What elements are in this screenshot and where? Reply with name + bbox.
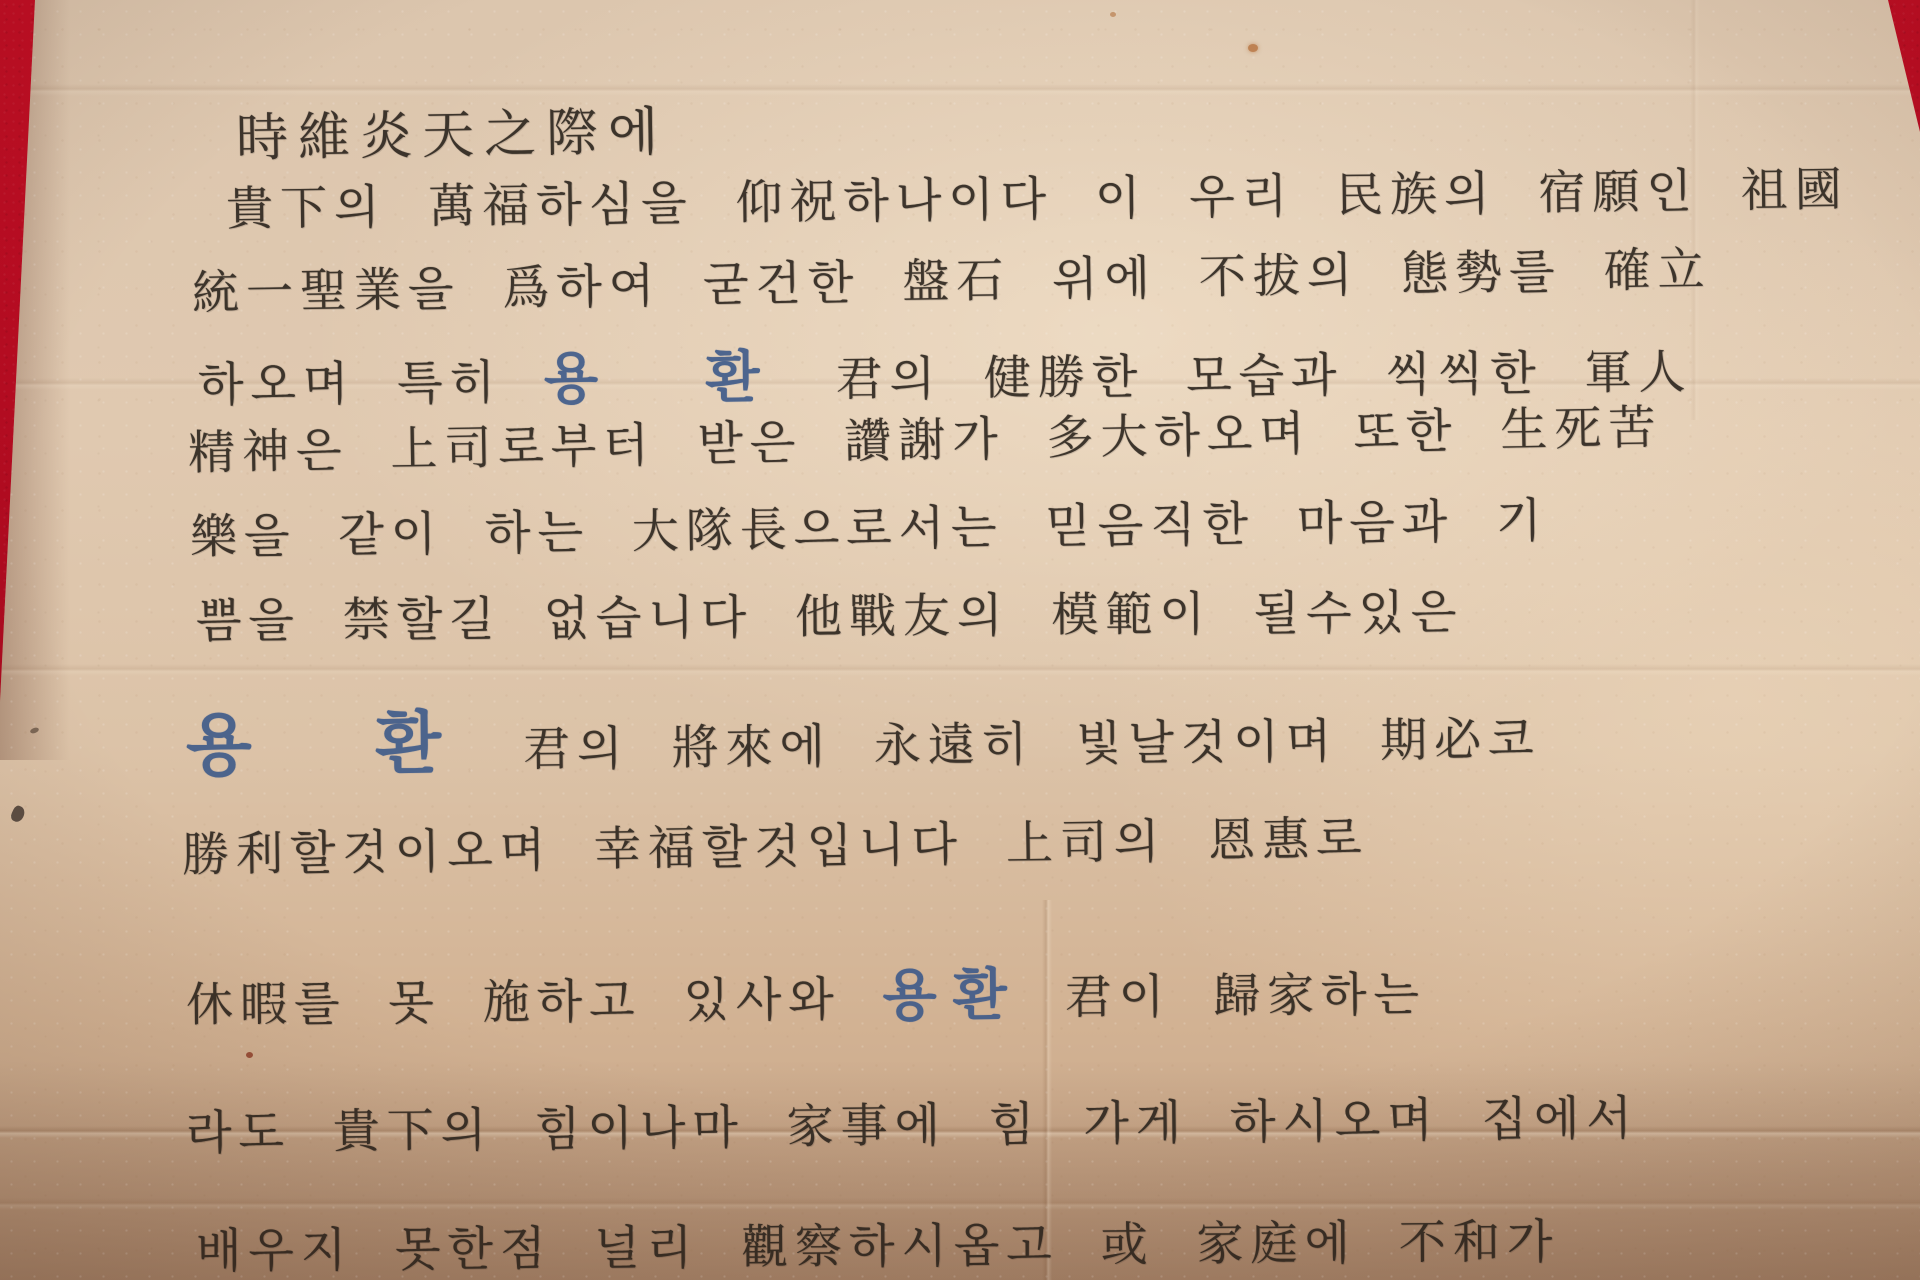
letter-line-segment: 樂을 같이 하는 大隊長으로서는 믿음직한 마음과 기 <box>190 493 1549 565</box>
letter-line-segment: 時維炎天之際에 <box>236 102 669 169</box>
letter-line-segment: 라도 貴下의 힘이나마 家事에 힘 가게 하시오며 집에서 <box>186 1091 1639 1161</box>
photo-of-letter: 時維炎天之際에貴下의 萬福하심을 仰祝하나이다 이 우리 民族의 宿願인 祖國統… <box>0 0 1920 1280</box>
letter-line: 라도 貴下의 힘이나마 家事에 힘 가게 하시오며 집에서 <box>186 1081 1639 1163</box>
letter-line: 統一聖業을 爲하여 굳건한 盤石 위에 不拔의 態勢를 確立 <box>191 232 1711 323</box>
letter-line-segment: 精神은 上司로부터 받은 讚謝가 多大하오며 또한 生死苦 <box>188 400 1663 481</box>
name-annotation-blue-ink: 용 환 <box>186 704 482 786</box>
letter-line: 배우지 못한점 널리 觀察하시옵고 或 家庭에 不和가 <box>196 1204 1560 1280</box>
letter-line-segment: 배우지 못한점 널리 觀察하시옵고 或 家庭에 不和가 <box>196 1214 1560 1279</box>
letter-line-segment: 쁨을 禁할길 없습니다 他戰友의 模範이 될수있은 <box>196 585 1464 649</box>
letter-line: 時維炎天之際에 <box>235 89 668 171</box>
letter-line-segment: 休暇를 못 施하고 있사와 <box>186 972 883 1033</box>
letter-line-segment: 君이 歸家하는 <box>1023 967 1427 1026</box>
letter-line: 樂을 같이 하는 大隊長으로서는 믿음직한 마음과 기 <box>190 483 1549 567</box>
letter-line-segment: 하오며 특히 <box>198 355 544 413</box>
letter-line-segment: 君의 將來에 永遠히 빛날것이며 期必코 <box>481 712 1541 778</box>
letter-paper: 時維炎天之際에貴下의 萬福하심을 仰祝하나이다 이 우리 民族의 宿願인 祖國統… <box>0 0 1920 1280</box>
letter-line: 勝利할것이오며 幸福할것입니다 上司의 恩惠로 <box>182 801 1369 885</box>
letter-line: 休暇를 못 施하고 있사와 용환 君이 歸家하는 <box>186 947 1427 1038</box>
letter-line: 쁨을 禁할길 없습니다 他戰友의 模範이 될수있은 <box>196 575 1464 651</box>
letter-line: 용 환 君의 將來에 永遠히 빛날것이며 期必코 <box>185 678 1540 789</box>
letter-line-segment: 勝利할것이오며 幸福할것입니다 上司의 恩惠로 <box>182 811 1369 883</box>
name-annotation-blue-ink: 용환 <box>882 963 1023 1029</box>
letter-line-segment: 貴下의 萬福하심을 仰祝하나이다 이 우리 民族의 宿願인 祖國 <box>226 162 1849 237</box>
letter-text: 時維炎天之際에貴下의 萬福하심을 仰祝하나이다 이 우리 民族의 宿願인 祖國統… <box>0 0 1920 1280</box>
letter-line-segment: 統一聖業을 爲하여 굳건한 盤石 위에 不拔의 態勢를 確立 <box>192 242 1712 321</box>
name-annotation-blue-ink: 용 환 <box>544 345 794 412</box>
